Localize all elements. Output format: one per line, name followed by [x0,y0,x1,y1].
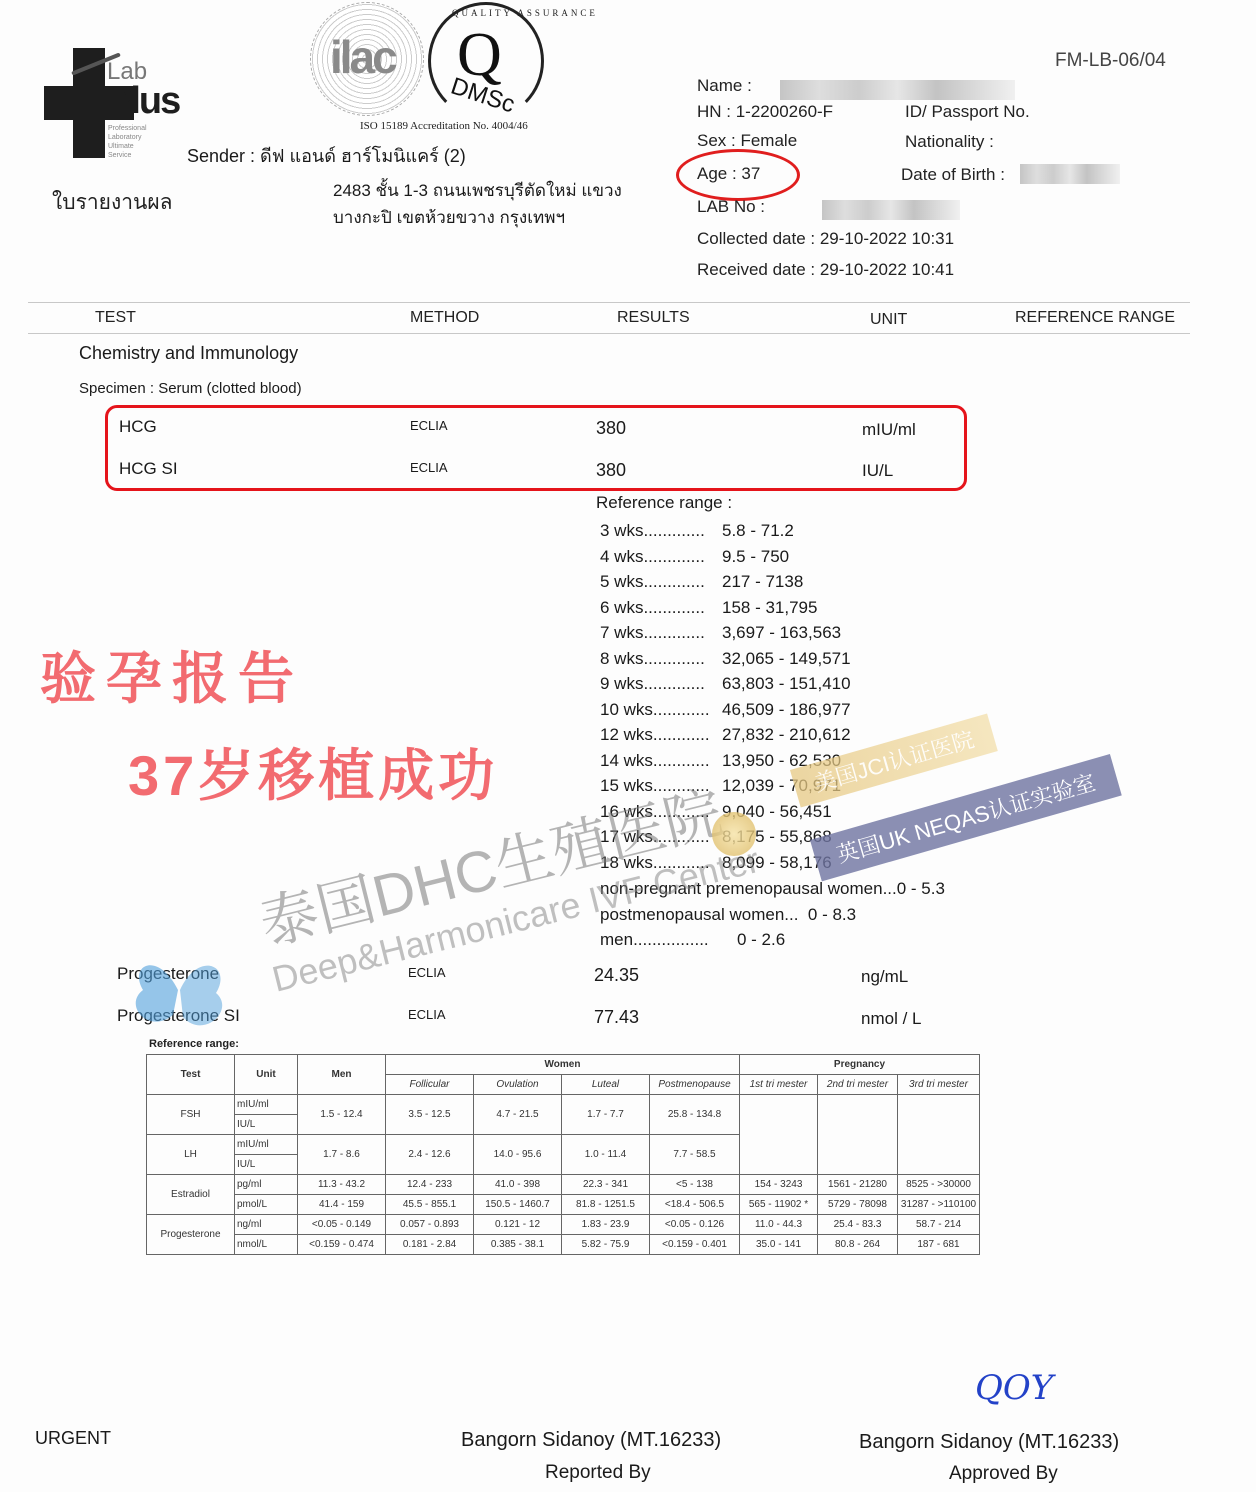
cell-unit: pg/ml [235,1175,298,1195]
form-code: FM-LB-06/04 [1055,50,1166,72]
reference-extra-row: men................ 0 - 2.6 [600,927,945,953]
cell-women: 81.8 - 1251.5 [562,1195,650,1215]
result-unit: nmol / L [861,1009,921,1029]
result-test: HCG [119,417,157,437]
cell-women: 150.5 - 1460.7 [474,1195,562,1215]
cell-women: 7.7 - 58.5 [650,1135,740,1175]
th-postmenopause: Postmenopause [650,1075,740,1095]
th-3rd-trimester: 3rd tri mester [898,1075,980,1095]
th-test: Test [147,1055,235,1095]
cell-women: 22.3 - 341 [562,1175,650,1195]
cell-pregnancy-empty [740,1095,818,1175]
cell-men: <0.159 - 0.474 [298,1235,386,1255]
cell-unit: IU/L [235,1155,298,1175]
nationality-label: Nationality : [905,132,994,152]
cell-men: <0.05 - 0.149 [298,1215,386,1235]
cell-pregnancy: 8525 - >30000 [898,1175,980,1195]
divider [28,302,1190,303]
cell-women: 45.5 - 855.1 [386,1195,474,1215]
th-unit: Unit [235,1055,298,1095]
reference-week-label: 9 wks............. [600,671,722,697]
hcg-reference-row: 6 wks.............158 - 31,795 [600,595,851,621]
cell-test: Progesterone [147,1215,235,1255]
cell-pregnancy: 5729 - 78098 [818,1195,898,1215]
cell-women: 12.4 - 233 [386,1175,474,1195]
result-value: 24.35 [594,965,639,986]
age-highlight-circle [676,149,800,201]
table-row: FSH mIU/ml 1.5 - 12.4 3.5 - 12.5 4.7 - 2… [147,1095,980,1115]
cell-women: 2.4 - 12.6 [386,1135,474,1175]
report-title: ใบรายงานผล [52,186,173,219]
cell-pregnancy: 11.0 - 44.3 [740,1215,818,1235]
result-method: ECLIA [410,418,448,433]
lab-no-label: LAB No : [697,197,765,217]
cell-women: 5.82 - 75.9 [562,1235,650,1255]
dob-label: Date of Birth : [901,165,1005,185]
specimen: Specimen : Serum (clotted blood) [79,380,302,397]
cell-women: 1.83 - 23.9 [562,1215,650,1235]
th-luteal: Luteal [562,1075,650,1095]
result-method: ECLIA [408,965,446,980]
approver-name: Bangorn Sidanoy (MT.16233) [859,1431,1119,1454]
hcg-highlight-box [105,405,967,491]
cell-women: <0.159 - 0.401 [650,1235,740,1255]
reference-week-range: 63,803 - 151,410 [722,671,851,697]
cell-women: 41.0 - 398 [474,1175,562,1195]
ilac-logo-text: ilac [330,30,395,84]
lab-no-redacted [822,200,960,220]
cell-men: 11.3 - 43.2 [298,1175,386,1195]
hcg-reference-row: 3 wks.............5.8 - 71.2 [600,518,851,544]
reference-week-range: 5.8 - 71.2 [722,518,794,544]
approver-role: Approved By [949,1463,1058,1485]
cell-women: 25.8 - 134.8 [650,1095,740,1135]
table-row: Estradiol pg/ml 11.3 - 43.2 12.4 - 233 4… [147,1175,980,1195]
cell-women: 1.7 - 7.7 [562,1095,650,1135]
result-value: 77.43 [594,1007,639,1028]
cell-unit: nmol/L [235,1235,298,1255]
result-unit: mIU/ml [862,420,916,440]
cell-women: <0.05 - 0.126 [650,1215,740,1235]
col-unit: UNIT [870,311,907,329]
th-men: Men [298,1055,386,1095]
result-unit: IU/L [862,461,893,481]
reference-week-range: 32,065 - 149,571 [722,646,851,672]
hcg-reference-row: 7 wks.............3,697 - 163,563 [600,620,851,646]
th-1st-trimester: 1st tri mester [740,1075,818,1095]
reporter-role: Reported By [545,1462,651,1484]
col-test: TEST [95,309,136,327]
cell-women: 1.0 - 11.4 [562,1135,650,1175]
cell-women: <18.4 - 506.5 [650,1195,740,1215]
cell-men: 1.5 - 12.4 [298,1095,386,1135]
promo-title-line1: 验孕报告 [40,635,304,715]
reference-week-range: 46,509 - 186,977 [722,697,851,723]
result-test: HCG SI [119,459,178,479]
cell-unit: mIU/ml [235,1135,298,1155]
sender: Sender : ดีฟ แอนด์ ฮาร์โมนิแคร์ (2) [187,141,466,170]
cell-pregnancy-empty [898,1095,980,1175]
th-2nd-trimester: 2nd tri mester [818,1075,898,1095]
reference-week-range: 27,832 - 210,612 [722,722,851,748]
th-follicular: Follicular [386,1075,474,1095]
col-method: METHOD [410,309,479,327]
cell-women: <5 - 138 [650,1175,740,1195]
th-women: Women [386,1055,740,1075]
col-reference-range: REFERENCE RANGE [1015,309,1175,327]
result-value: 380 [596,460,626,481]
cell-pregnancy-empty [818,1095,898,1175]
logo-tagline: Professional Laboratory Ultimate Service [108,124,147,160]
table-row: nmol/L <0.159 - 0.474 0.181 - 2.84 0.385… [147,1235,980,1255]
cell-women: 3.5 - 12.5 [386,1095,474,1135]
cell-pregnancy: 154 - 3243 [740,1175,818,1195]
patient-name-redacted [780,80,1015,100]
reference-week-label: 5 wks............. [600,569,722,595]
cell-unit: mIU/ml [235,1095,298,1115]
cell-pregnancy: 565 - 11902 * [740,1195,818,1215]
reference-week-label: 10 wks............ [600,697,722,723]
reference-week-label: 4 wks............. [600,544,722,570]
divider [28,333,1190,334]
reference-week-label: 12 wks............ [600,722,722,748]
reference-week-label: 6 wks............. [600,595,722,621]
cell-pregnancy: 58.7 - 214 [898,1215,980,1235]
hcg-reference-row: 10 wks............46,509 - 186,977 [600,697,851,723]
cell-test: FSH [147,1095,235,1135]
cell-pregnancy: 187 - 681 [898,1235,980,1255]
received-date: Received date : 29-10-2022 10:41 [697,260,954,280]
hcg-reference-title: Reference range : [596,493,732,513]
cell-pregnancy: 25.4 - 83.3 [818,1215,898,1235]
reference-week-label: 7 wks............. [600,620,722,646]
patient-hn: HN : 1-2200260-F [697,102,833,122]
hormone-reference-table: Test Unit Men Women Pregnancy Follicular… [146,1054,980,1255]
cell-women: 0.181 - 2.84 [386,1235,474,1255]
table-row: pmol/L 41.4 - 159 45.5 - 855.1 150.5 - 1… [147,1195,980,1215]
reference-week-label: 8 wks............. [600,646,722,672]
reference-week-label: 3 wks............. [600,518,722,544]
cell-women: 4.7 - 21.5 [474,1095,562,1135]
passport-label: ID/ Passport No. [905,102,1030,122]
hcg-reference-row: 12 wks............27,832 - 210,612 [600,722,851,748]
reference-week-range: 217 - 7138 [722,569,803,595]
logo-text-plus: Plus [107,80,179,123]
hcg-reference-row: 4 wks.............9.5 - 750 [600,544,851,570]
th-ovulation: Ovulation [474,1075,562,1095]
result-method: ECLIA [410,460,448,475]
cell-unit: pmol/L [235,1195,298,1215]
cell-women: 14.0 - 95.6 [474,1135,562,1175]
cell-pregnancy: 31287 - >110100 [898,1195,980,1215]
cell-unit: IU/L [235,1115,298,1135]
hcg-reference-row: 8 wks.............32,065 - 149,571 [600,646,851,672]
reporter-name: Bangorn Sidanoy (MT.16233) [461,1429,721,1452]
hcg-reference-row: 9 wks.............63,803 - 151,410 [600,671,851,697]
reference-week-range: 9.5 - 750 [722,544,789,570]
th-pregnancy: Pregnancy [740,1055,980,1075]
hcg-reference-row: 5 wks.............217 - 7138 [600,569,851,595]
iso-accreditation: ISO 15189 Accreditation No. 4004/46 [360,120,528,132]
cell-test: LH [147,1135,235,1175]
cell-women: 0.057 - 0.893 [386,1215,474,1235]
collected-date: Collected date : 29-10-2022 10:31 [697,229,954,249]
approver-signature: QOY [975,1368,1053,1408]
promo-title-line2: 37岁移植成功 [128,732,498,812]
qa-ring-text: QUALITY ASSURANCE [452,8,598,18]
table-row: Progesterone ng/ml <0.05 - 0.149 0.057 -… [147,1215,980,1235]
cell-pregnancy: 80.8 - 264 [818,1235,898,1255]
dhc-flower-logo-icon [118,945,238,1040]
col-results: RESULTS [617,309,690,327]
dob-redacted [1020,164,1120,184]
result-value: 380 [596,418,626,439]
result-unit: ng/mL [861,967,908,987]
cell-women: 0.121 - 12 [474,1215,562,1235]
section-title: Chemistry and Immunology [79,343,298,364]
cell-women: 0.385 - 38.1 [474,1235,562,1255]
cell-men: 1.7 - 8.6 [298,1135,386,1175]
result-method: ECLIA [408,1007,446,1022]
reference-week-range: 158 - 31,795 [722,595,817,621]
urgent-flag: URGENT [35,1428,111,1449]
sender-address: 2483 ชั้น 1-3 ถนนเพชรบุรีตัดใหม่ แขวง บา… [333,177,622,231]
cell-pregnancy: 1561 - 21280 [818,1175,898,1195]
cell-unit: ng/ml [235,1215,298,1235]
jci-gold-seal-icon [712,812,756,856]
cell-men: 41.4 - 159 [298,1195,386,1215]
cell-pregnancy: 35.0 - 141 [740,1235,818,1255]
reference-week-range: 3,697 - 163,563 [722,620,841,646]
patient-sex: Sex : Female [697,131,797,151]
cell-test: Estradiol [147,1175,235,1215]
patient-name-label: Name : [697,76,752,96]
